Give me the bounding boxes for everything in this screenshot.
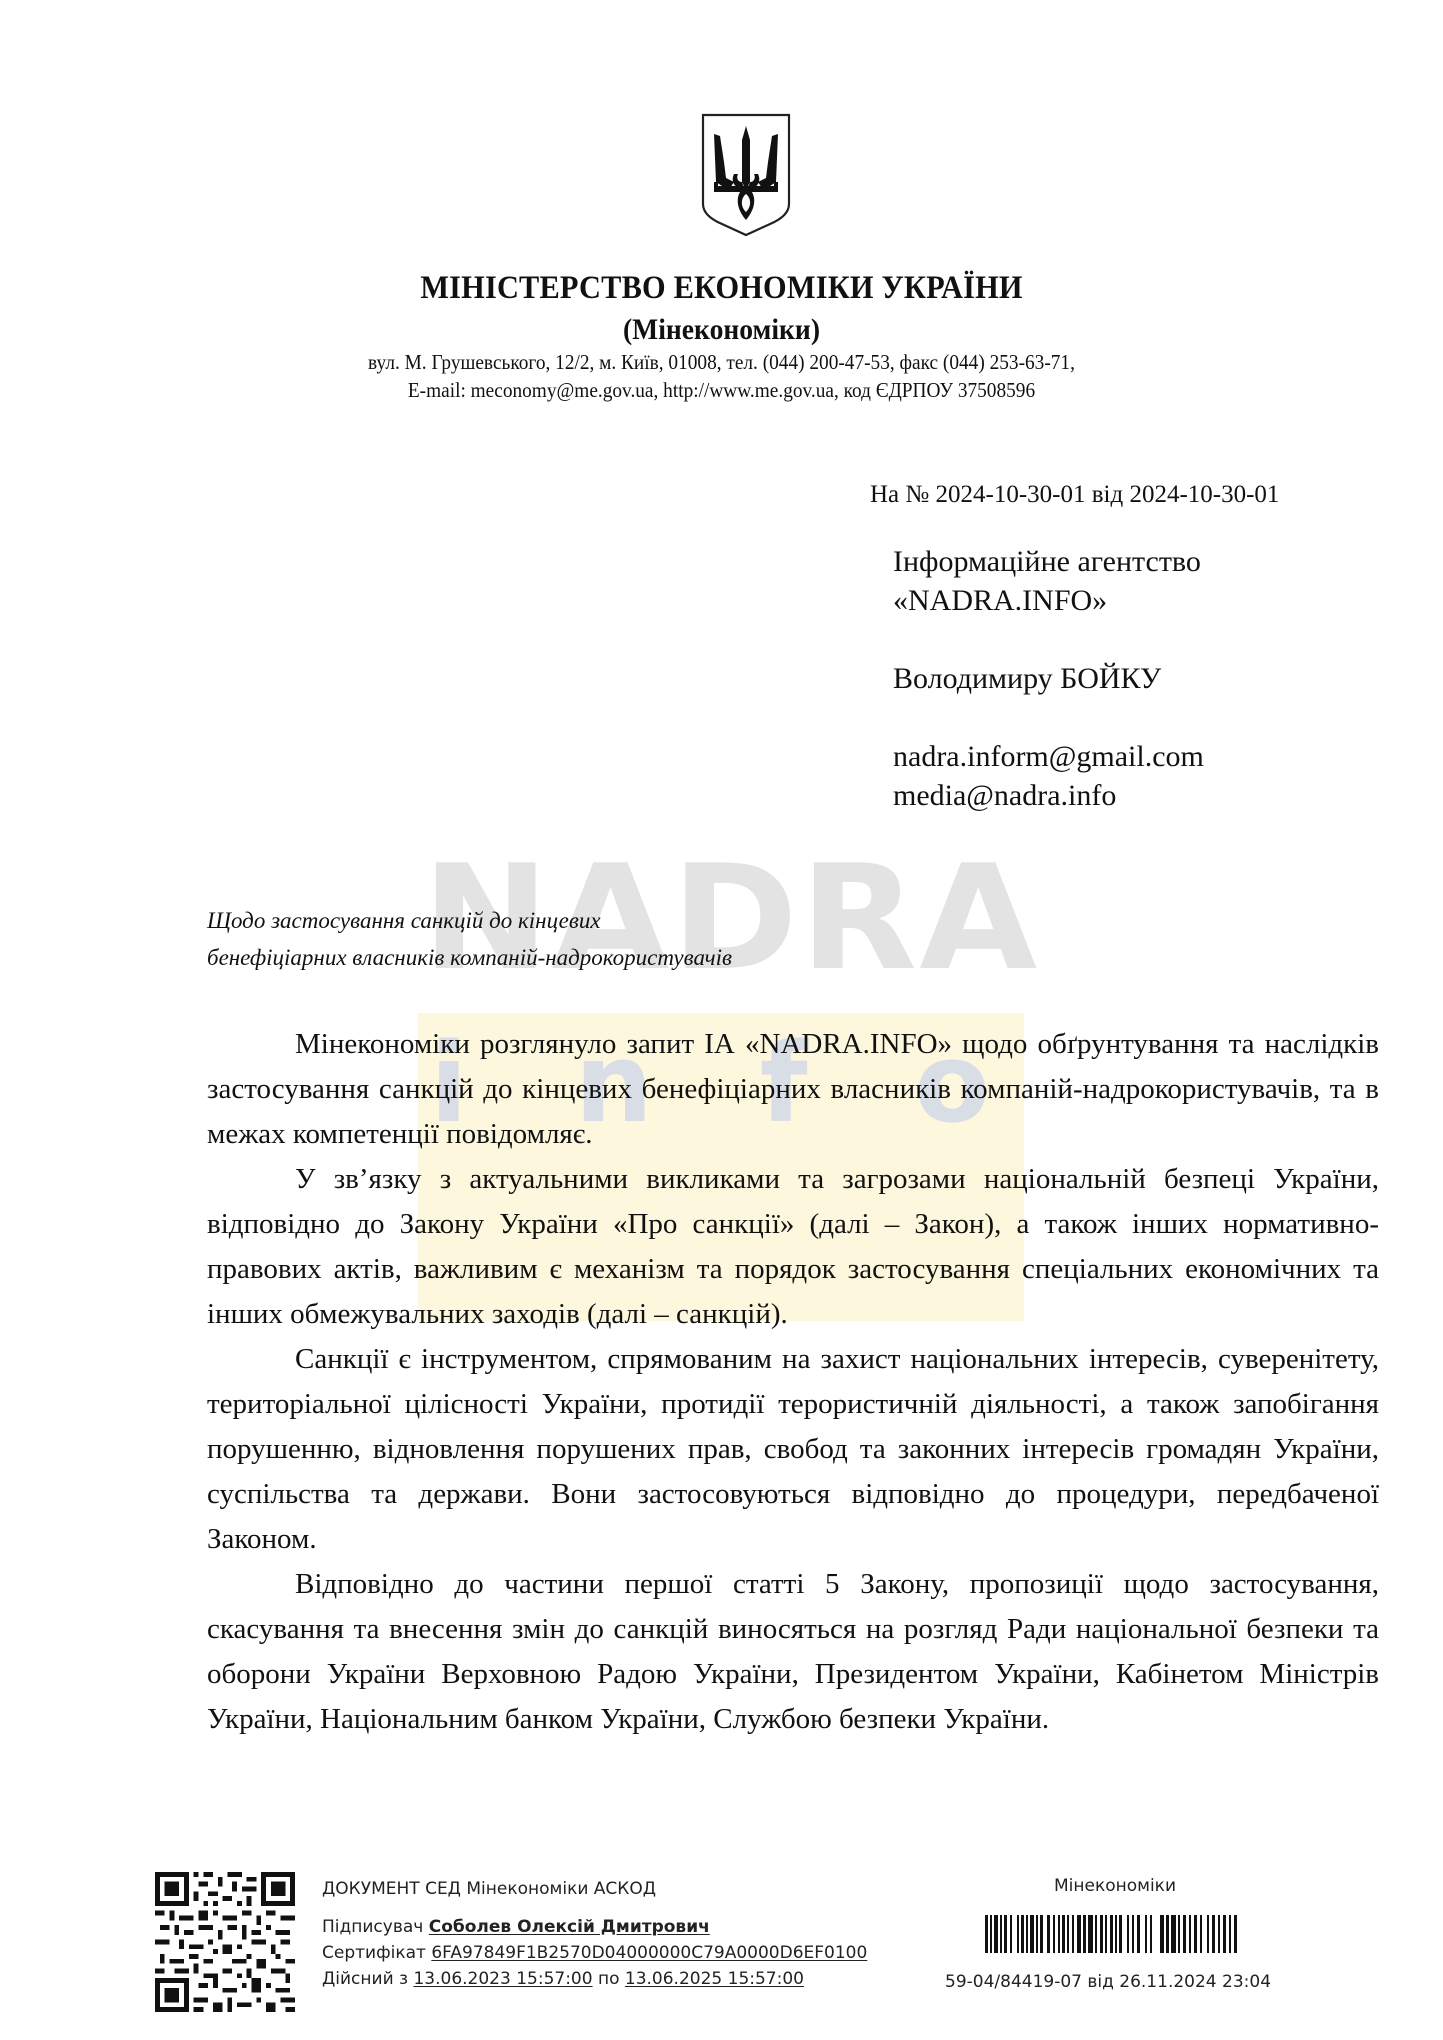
validity-row: Дійсний з 13.06.2023 15:57:00 по 13.06.2… xyxy=(322,1966,867,1992)
recipient-org-line2: «NADRA.INFO» xyxy=(893,581,1204,620)
certificate-row: Сертифікат 6FA97849F1B2570D04000000C79A0… xyxy=(322,1940,867,1966)
subject-line-2: бенефіціарних власників компаній-надроко… xyxy=(207,939,732,976)
trident-coat-of-arms-icon xyxy=(700,112,792,238)
qr-code-icon xyxy=(155,1872,295,2012)
valid-from-value: 13.06.2023 15:57:00 xyxy=(413,1969,592,1989)
barcode-icon xyxy=(985,1915,1238,1953)
certificate-label: Сертифікат xyxy=(322,1943,426,1963)
signature-info: ДОКУМЕНТ СЕД Мінекономіки АСКОД Підписув… xyxy=(322,1876,867,1992)
reference-number: На № 2024-10-30-01 від 2024-10-30-01 xyxy=(870,481,1279,509)
subject: Щодо застосування санкцій до кінцевих бе… xyxy=(207,902,732,976)
valid-from-label: Дійсний з xyxy=(322,1969,408,1989)
body-paragraph: У зв’язку з актуальними викликами та заг… xyxy=(207,1157,1379,1337)
body-paragraph: Мінекономіки розглянуло запит ІА «NADRA.… xyxy=(207,1022,1379,1157)
signer-label: Підписувач xyxy=(322,1917,423,1937)
signer-name: Соболев Олексій Дмитрович xyxy=(429,1917,710,1937)
subject-line-1: Щодо застосування санкцій до кінцевих xyxy=(207,902,732,939)
doc-system-label: ДОКУМЕНТ СЕД Мінекономіки АСКОД xyxy=(322,1876,867,1902)
certificate-value: 6FA97849F1B2570D04000000C79A0000D6EF0100 xyxy=(431,1943,867,1963)
ministry-short-name: (Мінекономіки) xyxy=(58,313,1386,347)
valid-to-label: по xyxy=(598,1969,620,1989)
registry-org: Мінекономіки xyxy=(1000,1876,1230,1896)
signer-row: Підписувач Соболев Олексій Дмитрович xyxy=(322,1914,867,1940)
body-paragraph: Санкції є інструментом, спрямованим на з… xyxy=(207,1337,1379,1562)
ministry-contacts: E-mail: meconomy@me.gov.ua, http://www.m… xyxy=(58,378,1386,403)
ministry-address: вул. М. Грушевського, 12/2, м. Київ, 010… xyxy=(58,350,1386,375)
letter-body: Мінекономіки розглянуло запит ІА «NADRA.… xyxy=(207,1022,1379,1742)
ministry-title: МІНІСТЕРСТВО ЕКОНОМІКИ УКРАЇНИ xyxy=(58,270,1386,307)
registration-number: 59-04/84419-07 від 26.11.2024 23:04 xyxy=(945,1972,1271,1992)
valid-to-value: 13.06.2025 15:57:00 xyxy=(625,1969,804,1989)
recipient-block: Інформаційне агентство «NADRA.INFO» Воло… xyxy=(893,542,1204,815)
recipient-email-2: media@nadra.info xyxy=(893,776,1204,815)
body-paragraph: Відповідно до частини першої статті 5 За… xyxy=(207,1562,1379,1742)
recipient-email-1: nadra.inform@gmail.com xyxy=(893,737,1204,776)
recipient-person: Володимиру БОЙКУ xyxy=(893,659,1204,698)
recipient-org-line1: Інформаційне агентство xyxy=(893,542,1204,581)
